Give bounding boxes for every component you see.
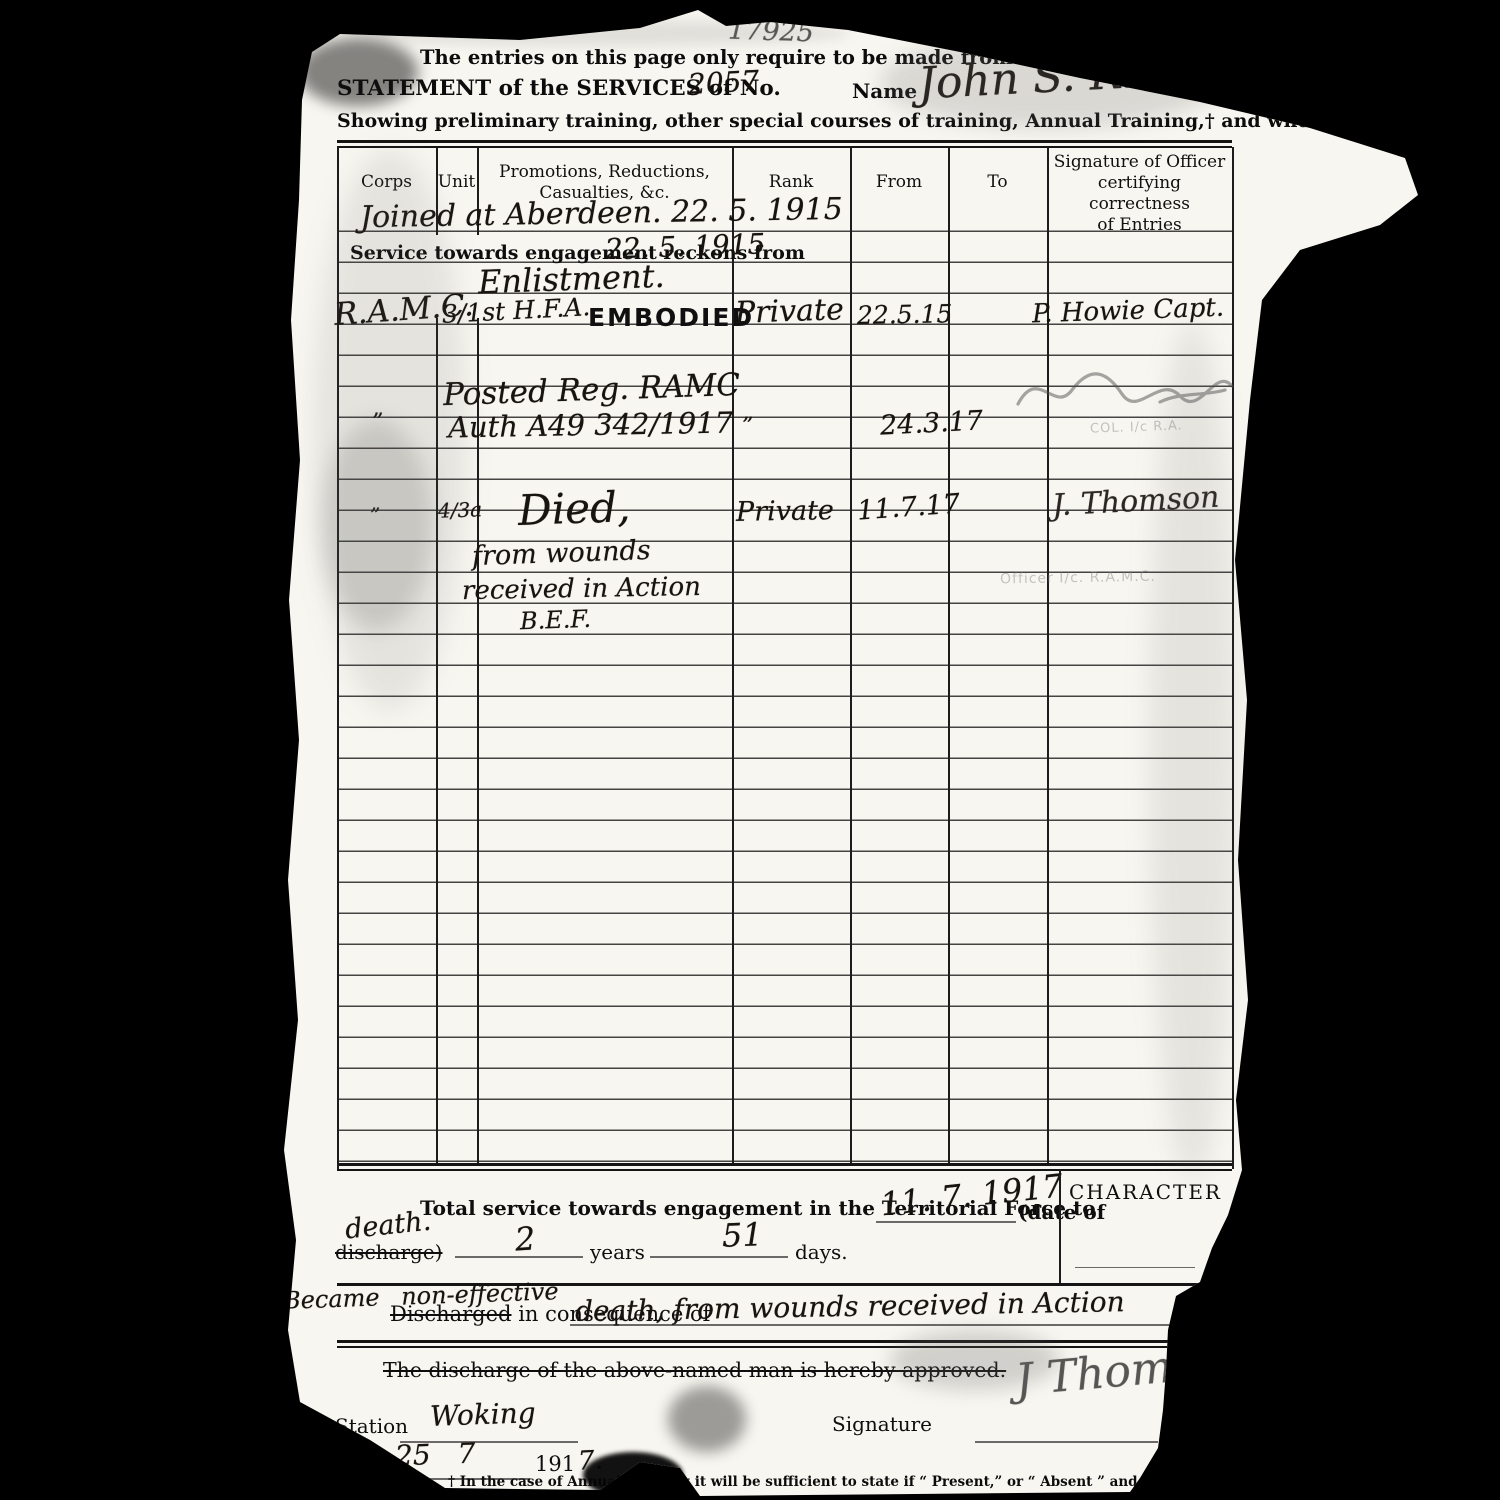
days-label: days. [795, 1240, 848, 1264]
table-bottom-line-2 [337, 1169, 1232, 1171]
service-number-value: 2057 [687, 64, 760, 101]
table-row-rules [337, 201, 1232, 1163]
embodied-stamp: EMBODIED [588, 303, 754, 332]
col-header-signature-line1: Signature of Officer [1047, 152, 1232, 173]
table-bottom-line-1 [337, 1163, 1232, 1166]
document-page: 17925 The entries on this page only requ… [0, 0, 1500, 1500]
stain-left-column-dark [322, 420, 432, 630]
died-event: Died, [517, 482, 631, 535]
character-box-inner-line [1075, 1267, 1195, 1268]
table-top-line-2 [337, 146, 1232, 148]
col-header-signature: Signature of Officer certifying correctn… [1047, 152, 1232, 236]
col-header-rank: Rank [732, 172, 850, 193]
station-label: Station [335, 1414, 408, 1438]
days-value: 51 [721, 1215, 763, 1254]
col-line-unit-promo-b [477, 318, 479, 1163]
col-line-rank-from [850, 147, 852, 1163]
footnote: † In the case of Annual Training it will… [448, 1474, 1207, 1490]
embodied-from: 22.5.15 [857, 299, 953, 330]
intro-line: The entries on this page only require to… [420, 46, 1154, 69]
col-header-to: To [948, 172, 1047, 193]
died-rank: Private [736, 495, 834, 528]
died-cause-line3: received in Action [462, 572, 701, 606]
discharge-word-struck: discharge) [335, 1240, 442, 1264]
posted-from: 24.3.17 [879, 405, 984, 441]
consequence-handwritten: death, from wounds received in Action [575, 1285, 1125, 1328]
col-header-signature-line2: certifying correctness [1047, 173, 1232, 215]
days-underline [650, 1256, 788, 1258]
approval-divider-line-1 [337, 1340, 1232, 1343]
scanned-document: 17925 The entries on this page only requ… [0, 0, 1500, 1500]
consequence-underline [570, 1324, 1170, 1326]
stain-approval-area [890, 1330, 1060, 1390]
died-cause-line4: B.E.F. [520, 605, 592, 635]
date-label: Date [285, 1452, 333, 1476]
embodied-rank: Private [734, 292, 844, 331]
signature-underline [975, 1441, 1158, 1443]
years-value: 2 [514, 1219, 537, 1258]
col-header-promotions-line1: Promotions, Reductions, [477, 162, 732, 183]
table-top-line-1 [337, 140, 1232, 143]
posted-rank-ditto: ” [742, 414, 753, 439]
stain-right-edge-band [1150, 320, 1235, 1180]
date-year-printed: 191 [535, 1452, 575, 1476]
years-label: years [590, 1240, 645, 1264]
station-value: Woking [429, 1396, 536, 1433]
stain-top-edge-band [350, 20, 850, 46]
died-cause-line2: from wounds [472, 535, 652, 572]
stain-behind-name [880, 36, 1220, 128]
col-header-from: From [850, 172, 948, 193]
signature-label: Signature [832, 1412, 932, 1436]
discharged-word-struck: Discharged [390, 1302, 512, 1326]
subtitle-line: Showing preliminary training, other spec… [337, 110, 1434, 132]
stain-bottom-center [668, 1386, 746, 1452]
officer-stamp-faint: Officer I/c. R.A.M.C. [1000, 569, 1156, 588]
character-label: CHARACTER [1059, 1180, 1232, 1204]
col-header-unit: Unit [436, 172, 477, 193]
stain-top-left-corner [298, 38, 418, 106]
col-header-signature-line3: of Entries [1047, 215, 1232, 236]
date-value: 25 7 [394, 1437, 475, 1473]
posted-line2: Auth A49 342/1917 [448, 406, 734, 445]
ink-blot-bottom-center [583, 1452, 683, 1498]
